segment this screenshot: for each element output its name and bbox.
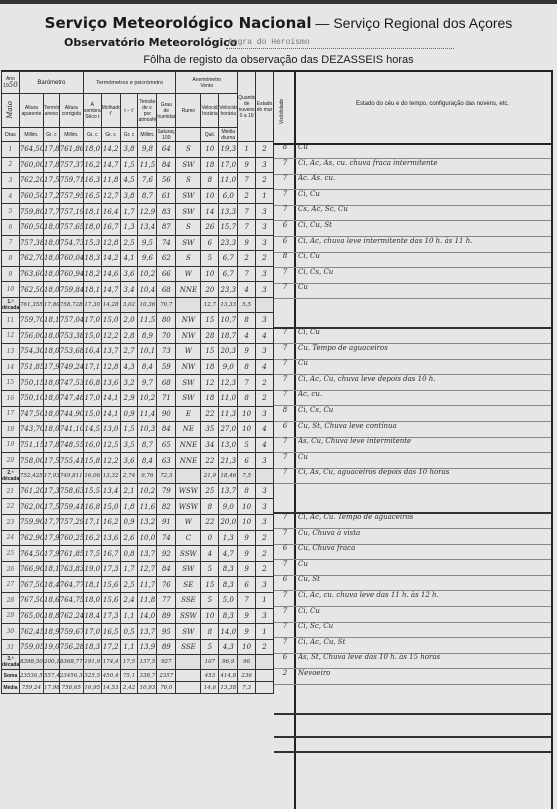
vel-cell: 25 [201,483,219,499]
seco-cell: 15,3 [83,235,101,251]
unit-degc: Gr. c [43,128,59,142]
sky-state-text: Ci, Cu [298,252,548,260]
table-row: 31759,0519,0756,2818,317,21,113,989SSE54… [2,639,274,655]
med-cell: 12,3 [219,375,238,391]
sky-state-row: 7Ci, Ac, Cu. Tempo de aguaceiros [274,513,551,529]
attached-thermometer-header: Termómetro anexo [43,94,59,128]
mar-cell: 2 [256,375,274,391]
nuv-cell: 9 [238,235,256,251]
mar-cell: 4 [256,328,274,344]
vel-cell: 15 [201,312,219,328]
alt_c-cell: 749,24 [59,359,83,375]
summary-cell: 23536,50 [19,670,43,682]
table-row: 5759,8017,7757,1918,116,41,712,983SW1413… [2,204,274,220]
alt_ap-cell: 762,45 [19,624,43,640]
vel-cell: 28 [201,328,219,344]
tens-cell: 13,7 [138,546,157,562]
term-cell: 18,0 [43,375,59,391]
nuv-cell: 9 [238,530,256,546]
molh-cell: 13,0 [101,422,120,438]
summary-cell: 14,28 [101,297,120,312]
molh-cell: 12,7 [101,188,120,204]
summary-cell: 749,811 [59,468,83,483]
nuv-cell: 5 [238,437,256,453]
table-row: 4760,5017,2757,9516,512,73,88,761SW106,0… [2,188,274,204]
visibility-value: 6 [278,221,292,229]
alt_ap-cell: 767,50 [19,593,43,609]
summary-cell: 14,53 [101,682,120,694]
wind-direction-header: Rumo [176,94,201,128]
summary-cell: 3,02 [120,297,138,312]
visibility-value: 7 [278,513,292,521]
hum-cell: 80 [157,312,176,328]
rumo-cell: WSW [176,483,201,499]
vel-cell: 18 [201,157,219,173]
term-cell: 17,3 [43,483,59,499]
vel-cell: 8 [201,173,219,189]
sky-state-row: 7Ci, Cu [274,607,551,623]
med-cell: 17,0 [219,157,238,173]
summary-cell: 17,98 [43,682,59,694]
table-row: 27767,5018,4764,7718,115,62,511,776SE158… [2,577,274,593]
summary-cell [256,655,274,670]
sky-state-blank-row [274,484,551,514]
sky-state-text: Cu [298,283,548,291]
table-row: 17747,5018,0744,9015,014,10,911,490E2211… [2,406,274,422]
nuv-cell: 10 [238,499,256,515]
alt_c-cell: 760,94 [59,266,83,282]
dif-cell: 4,5 [120,173,138,189]
sky-state-blank-row [274,299,551,329]
alt_c-cell: 757,29 [59,515,83,531]
seco-cell: 18,0 [83,142,101,158]
med-cell: 19,3 [219,142,238,158]
seco-cell: 18,1 [83,577,101,593]
vel-cell: 20 [201,282,219,298]
alt_c-cell: 753,68 [59,344,83,360]
mar-cell: 3 [256,219,274,235]
alt_ap-cell: 759,80 [19,204,43,220]
tens-cell: 13,4 [138,219,157,235]
med-cell: 21,3 [219,453,238,469]
molh-cell: 16,4 [101,204,120,220]
seco-cell: 16,5 [83,188,101,204]
day-cell: 10 [2,282,20,298]
molh-cell: 13,6 [101,530,120,546]
dif-cell: 1,5 [120,157,138,173]
nuv-cell: 7 [238,266,256,282]
vel-cell: 0 [201,530,219,546]
hum-cell: 74 [157,235,176,251]
seco-cell: 18,1 [83,282,101,298]
table-row: 23759,9017,7757,2917,116,20,913,291W2220… [2,515,274,531]
med-cell: 6,0 [219,188,238,204]
dif-cell: 3,6 [120,266,138,282]
term-cell: 17,7 [43,515,59,531]
rumo-cell: S [176,142,201,158]
summary-cell: 17,5 [120,655,138,670]
rumo-cell: NNE [176,437,201,453]
observation-table: Ano 1950 Barómetro Termómetros e psicróm… [1,71,274,694]
rumo-cell: SW [176,390,201,406]
hum-cell: 87 [157,219,176,235]
mar-cell: 1 [256,593,274,609]
alt_ap-cell: 760,50 [19,219,43,235]
corrected-height-header: Altura corrigida [59,94,83,128]
dif-cell: 3,8 [120,142,138,158]
alt_ap-cell: 751,85 [19,359,43,375]
month-header: Maio [2,94,20,128]
sky-state-row: 6As, St, Chuva leve das 10 h. às 15 hora… [274,653,551,669]
rumo-cell: W [176,344,201,360]
dif-cell: 2,1 [120,483,138,499]
hum-cell: 84 [157,561,176,577]
tens-cell: 14,0 [138,608,157,624]
summary-cell: 174,4 [101,655,120,670]
summary-cell: 96,9 [219,655,238,670]
mar-cell: 2 [256,546,274,562]
med-cell: 15,7 [219,219,238,235]
vel-cell: 10 [201,608,219,624]
summary-cell [176,468,201,483]
molh-cell: 14,1 [101,406,120,422]
summary-cell: 76,0 [157,682,176,694]
day-cell: 21 [2,483,20,499]
alt_c-cell: 755,41 [59,453,83,469]
day-cell: 7 [2,235,20,251]
summary-cell: 8368,77 [59,655,83,670]
alt_ap-cell: 762,90 [19,530,43,546]
tens-cell: 11,5 [138,157,157,173]
sky-state-row: 2Nevoeiro [274,669,551,685]
table-row: 24762,9017,9760,2516,213,62,610,074C01,3… [2,530,274,546]
sky-state-row: 7Cu [274,560,551,576]
rumo-cell: NNE [176,453,201,469]
sky-state-row: 6Ci, Cu, St [274,221,551,237]
sky-state-row: 6Cu, St [274,575,551,591]
visibility-value: 7 [278,453,292,461]
mar-cell: 2 [256,142,274,158]
table-row: 29765,0018,8762,2418,417,31,114,089SSW10… [2,608,274,624]
summary-cell: 752,425 [19,468,43,483]
wind-mean-header: Velocidade horária [219,94,238,128]
seco-cell: 17,1 [83,515,101,531]
hum-cell: 77 [157,593,176,609]
summary-label: 2.ª década [2,468,20,483]
nuv-cell: 9 [238,608,256,624]
barometer-header: Barómetro [19,72,83,94]
table-row: 1764,5017,8761,8618,014,23,89,864S1019,3… [2,142,274,158]
nuv-cell: 8 [238,390,256,406]
tens-cell: 11,8 [138,593,157,609]
mar-cell: 3 [256,577,274,593]
visibility-value: 7 [278,468,292,476]
sky-state-row: 7Cu [274,453,551,469]
summary-cell: 200,1 [43,655,59,670]
vel-cell: 5 [201,639,219,655]
dif-cell: 1,5 [120,422,138,438]
table-row: 3762,2017,5759,7116,311,84,57,656S811,07… [2,173,274,189]
dif-cell: 2,8 [120,328,138,344]
observatory-line [226,48,454,49]
term-cell: 18,0 [43,390,59,406]
term-cell: 17,5 [43,499,59,515]
hum-cell: 56 [157,173,176,189]
mar-cell: 3 [256,157,274,173]
alt_ap-cell: 759,70 [19,312,43,328]
molh-cell: 14,2 [101,251,120,267]
dif-cell: 2,7 [120,344,138,360]
alt_ap-cell: 747,50 [19,406,43,422]
summary-cell [176,670,201,682]
hum-cell: 74 [157,530,176,546]
tens-cell: 8,9 [138,328,157,344]
mar-cell: 2 [256,390,274,406]
day-cell: 9 [2,266,20,282]
unit-degc: Gr. c [120,128,138,142]
sky-state-text: Ci, Sc, Cu [298,622,548,630]
med-cell: 23,3 [219,235,238,251]
alt_ap-cell: 766,90 [19,561,43,577]
mar-cell: 1 [256,188,274,204]
rumo-cell: W [176,266,201,282]
table-row: 14751,8517,9749,2417,112,84,38,459NW189,… [2,359,274,375]
table-row: 8762,7018,0760,0418,314,24,19,662S56,722 [2,251,274,267]
table-row: 22762,0017,5759,4116,815,01,811,682WSW89… [2,499,274,515]
visibility-value: 2 [278,669,292,677]
alt_c-cell: 756,28 [59,639,83,655]
rumo-cell: NW [176,328,201,344]
hum-cell: 59 [157,359,176,375]
table-row: 26766,9018,1763,8319,017,31,712,784SW58,… [2,561,274,577]
year-header: Ano 1950 [2,72,20,94]
vel-cell: 5 [201,593,219,609]
summary-row: Soma23536,50557,423456,38525,5450,475,13… [2,670,274,682]
alt_ap-cell: 767,50 [19,577,43,593]
hum-cell: 70 [157,328,176,344]
table-row: 19751,1517,8748,5516,012,53,58,765NNE341… [2,437,274,453]
med-cell: 1,3 [219,530,238,546]
sky-state-text: Nevoeiro [298,669,548,677]
rumo-cell: SSW [176,546,201,562]
summary-cell: 7,3 [238,682,256,694]
mar-cell: 3 [256,266,274,282]
summary-cell: 2,74 [120,468,138,483]
anemometer-header: AnemómetroVento [176,72,238,94]
mar-cell: 2 [256,639,274,655]
summary-cell: 96 [238,655,256,670]
day-cell: 11 [2,312,20,328]
hum-cell: 84 [157,422,176,438]
term-cell: 17,8 [43,437,59,453]
alt_ap-cell: 751,15 [19,437,43,453]
mar-cell: 4 [256,359,274,375]
unit-mm: Millim. [138,128,157,142]
alt_c-cell: 744,90 [59,406,83,422]
sky-state-text: Ci, As, Cu, aguaceiros depois das 10 hor… [298,468,548,476]
day-cell: 2 [2,157,20,173]
table-row: 21761,2017,3758,6315,513,42,110,279WSW25… [2,483,274,499]
term-cell: 18,0 [43,219,59,235]
nuv-cell: 1 [238,142,256,158]
alt_ap-cell: 762,20 [19,173,43,189]
nuv-cell: 9 [238,624,256,640]
alt_c-cell: 764,77 [59,577,83,593]
unit-degc: Gr. c [83,128,101,142]
sky-state-text: Ci, Ac, Cu. Tempo de aguaceiros [298,513,548,521]
table-row: 30762,4518,9759,6717,016,50,513,795SW814… [2,624,274,640]
tens-cell: 10,3 [138,422,157,438]
sky-state-text: Cu [298,359,548,367]
nuv-cell: 7 [238,219,256,235]
vel-cell: 34 [201,437,219,453]
summary-cell: 17,80 [43,297,59,312]
sky-state-row: 7Ci, Ac, cu. chuva leve das 11 h. às 12 … [274,591,551,607]
vel-cell: 12 [201,375,219,391]
rumo-cell: SW [176,188,201,204]
seco-cell: 15,5 [83,483,101,499]
hum-cell: 79 [157,483,176,499]
dif-cell: 4,1 [120,251,138,267]
dif-cell: 4,3 [120,359,138,375]
seco-cell: 17,0 [83,624,101,640]
med-cell: 13,7 [219,483,238,499]
summary-cell: 13,38 [219,682,238,694]
hum-cell: 71 [157,390,176,406]
day-cell: 20 [2,453,20,469]
seco-cell: 17,0 [83,312,101,328]
summary-cell: 13,33 [219,297,238,312]
summary-label: Soma [2,670,20,682]
term-cell: 18,8 [43,608,59,624]
term-cell: 18,1 [43,561,59,577]
sky-state-row: 6Ci, Ac, chuva leve intermitente das 10 … [274,237,551,253]
table-row: 20758,0017,5755,4115,812,23,68,463NNE222… [2,453,274,469]
hum-cell: 65 [157,437,176,453]
med-cell: 11,0 [219,173,238,189]
hum-cell: 73 [157,344,176,360]
scan-top-edge [0,0,557,4]
tens-cell: 11,6 [138,499,157,515]
hum-cell: 92 [157,546,176,562]
med-cell: 9,0 [219,359,238,375]
rumo-cell: SW [176,561,201,577]
dif-cell: 1,3 [120,219,138,235]
summary-cell: 13,32 [101,468,120,483]
summary-cell: 5,5 [238,297,256,312]
summary-cell: 17,30 [83,297,101,312]
molh-cell: 12,8 [101,235,120,251]
alt_ap-cell: 761,20 [19,483,43,499]
visibility-value: 7 [278,638,292,646]
table-row: 7757,3818,0754,7315,312,82,59,574SW623,3… [2,235,274,251]
sky-state-text: Ci, Cu [298,607,548,615]
seco-cell: 18,1 [83,204,101,220]
seco-cell: 18,3 [83,639,101,655]
mar-cell: 1 [256,624,274,640]
mar-cell: 4 [256,437,274,453]
nuv-cell: 4 [238,282,256,298]
rumo-cell: E [176,406,201,422]
med-cell: 14,0 [219,624,238,640]
dif-cell: 2,6 [120,530,138,546]
seco-cell: 16,4 [83,344,101,360]
visibility-value: 8 [278,406,292,414]
table-row: 15750,1518,0747,5316,813,63,29,768SW1212… [2,375,274,391]
rumo-cell: S [176,173,201,189]
molh-cell: 16,7 [101,546,120,562]
alt_c-cell: 761,86 [59,142,83,158]
summary-cell: 761,355 [19,297,43,312]
term-cell: 17,8 [43,142,59,158]
unit-mm: Millim. [19,128,43,142]
alt_c-cell: 762,24 [59,608,83,624]
rumo-cell: W [176,515,201,531]
visibility-value: 7 [278,591,292,599]
summary-cell: 16,95 [83,682,101,694]
visibility-value: 7 [278,437,292,445]
visibility-value: 7 [278,190,292,198]
alt_ap-cell: 764,50 [19,546,43,562]
day-cell: 17 [2,406,20,422]
tens-cell: 8,4 [138,359,157,375]
cloud-amount-header: Quantidade de nuvens 0 a 10 [238,72,256,142]
sky-state-row: 6Cu, Chuva fraca [274,544,551,560]
seco-cell: 16,3 [83,173,101,189]
observatory-label: Observatório Meteorológico [64,36,237,49]
visibility-value: 7 [278,268,292,276]
tens-cell: 12,7 [138,561,157,577]
sky-state-row: 8Cu [274,143,551,159]
molh-cell: 12,8 [101,359,120,375]
vel-cell: 15 [201,344,219,360]
mar-cell: 3 [256,453,274,469]
term-cell: 18,0 [43,282,59,298]
molh-cell: 15,0 [101,312,120,328]
dif-cell: 1,7 [120,561,138,577]
rumo-cell: SW [176,624,201,640]
rumo-cell: NNE [176,282,201,298]
sky-state-header: Estado do céu e do tempo, configuração d… [314,101,551,107]
sky-state-row: 8Ci, Cs, Cu [274,406,551,422]
dif-cell: 0,5 [120,624,138,640]
tens-cell: 13,9 [138,639,157,655]
med-cell: 20,3 [219,344,238,360]
term-cell: 17,9 [43,546,59,562]
summary-row: Média759,2417,98756,6516,9514,532,4210,9… [2,682,274,694]
rumo-cell: NW [176,312,201,328]
tens-cell: 10,2 [138,266,157,282]
med-cell: 8,3 [219,608,238,624]
vel-cell: 5 [201,251,219,267]
hum-cell: 82 [157,499,176,515]
alt_ap-cell: 762,00 [19,499,43,515]
vapour-tension-header: Tensão de v. por atmosférica [138,94,157,128]
sky-state-text: Ac. As. cu. [298,174,548,182]
molh-cell: 13,6 [101,375,120,391]
hum-cell: 68 [157,282,176,298]
alt_c-cell: 747,53 [59,375,83,391]
unit-mm: Millim. [59,128,83,142]
molh-cell: 14,7 [101,157,120,173]
hum-cell: 91 [157,515,176,531]
dif-cell: 2,4 [120,593,138,609]
sky-state-text: Cu. Tempo de aguaceiros [298,344,548,352]
seco-cell: 18,2 [83,266,101,282]
molh-cell: 17,3 [101,561,120,577]
molh-cell: 17,2 [101,639,120,655]
hum-cell: 76 [157,577,176,593]
